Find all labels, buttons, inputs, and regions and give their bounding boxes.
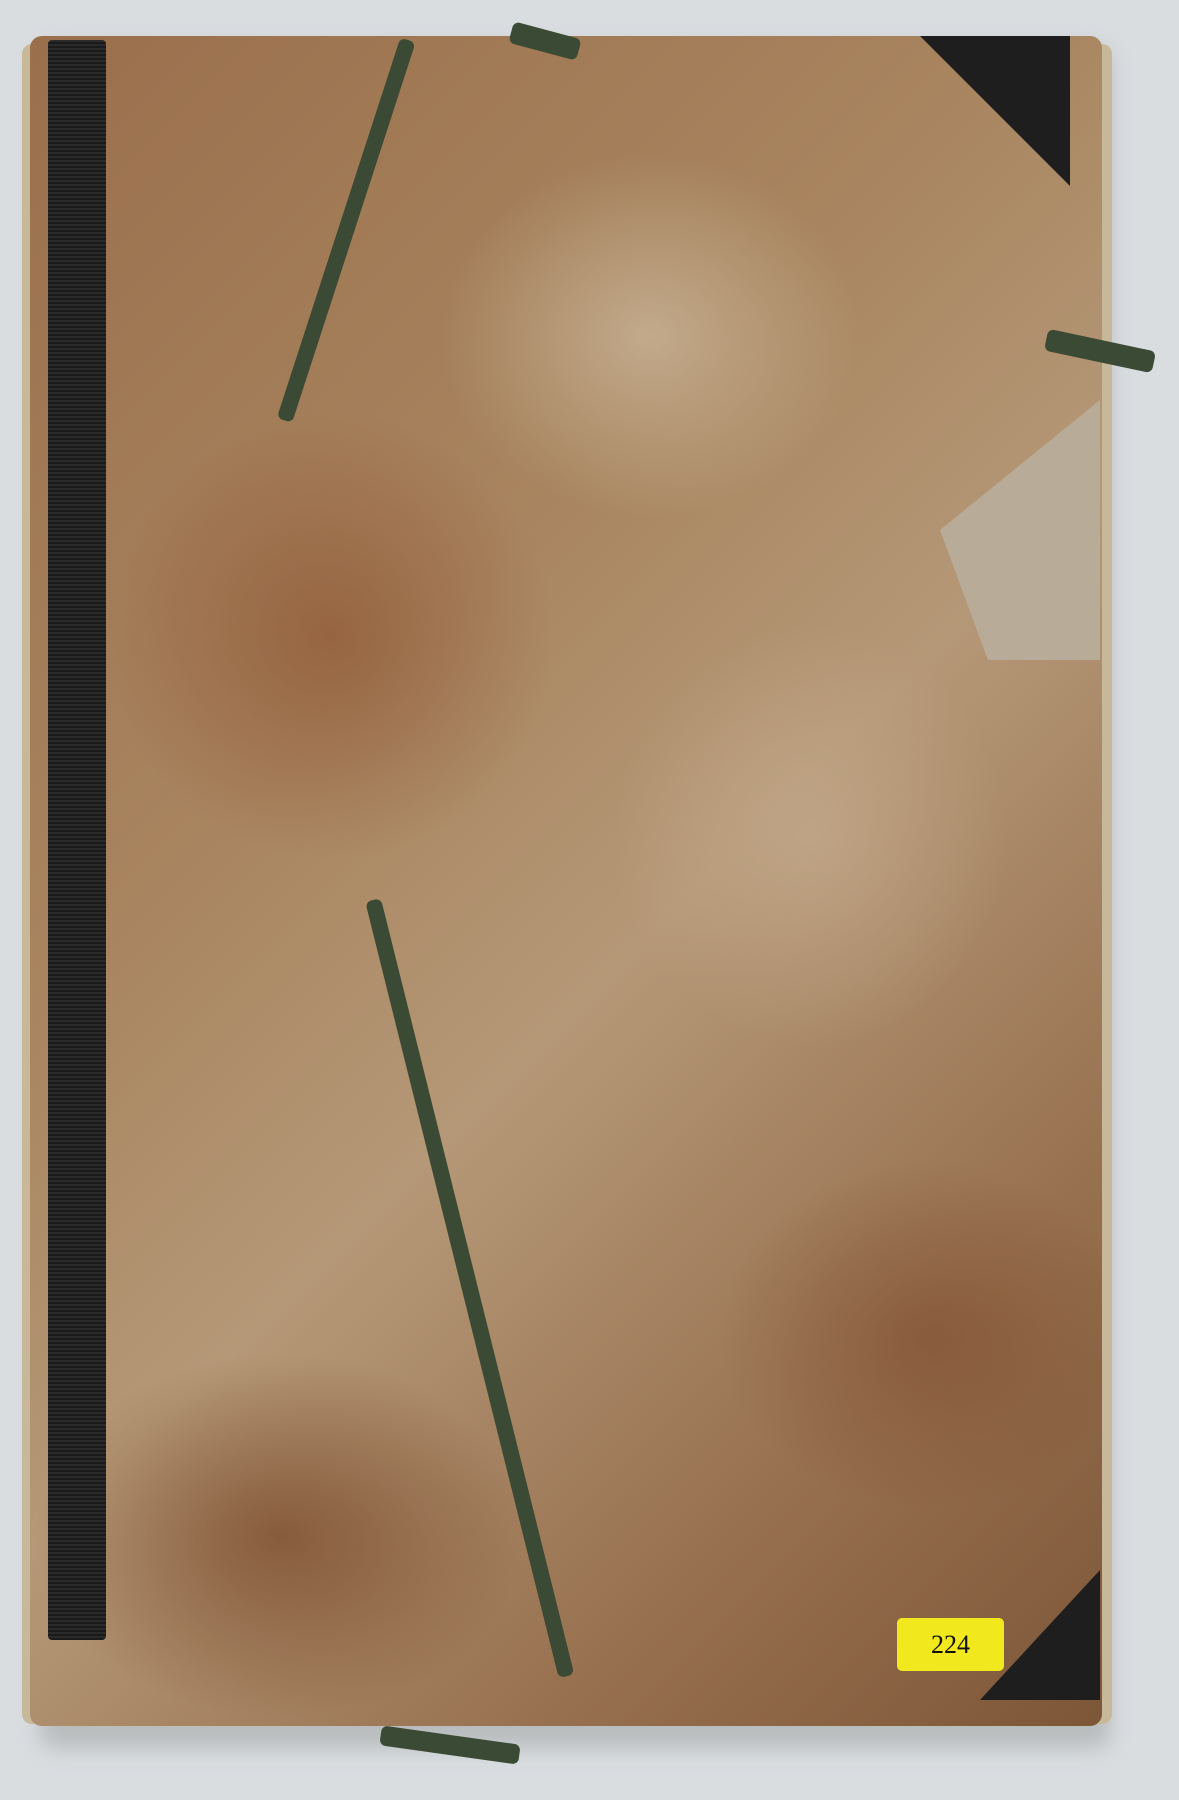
inventory-number-label: 224 xyxy=(897,1618,1004,1671)
book-cover xyxy=(30,36,1102,1726)
book-spine xyxy=(48,40,106,1640)
corner-protector-top-right xyxy=(920,36,1070,186)
